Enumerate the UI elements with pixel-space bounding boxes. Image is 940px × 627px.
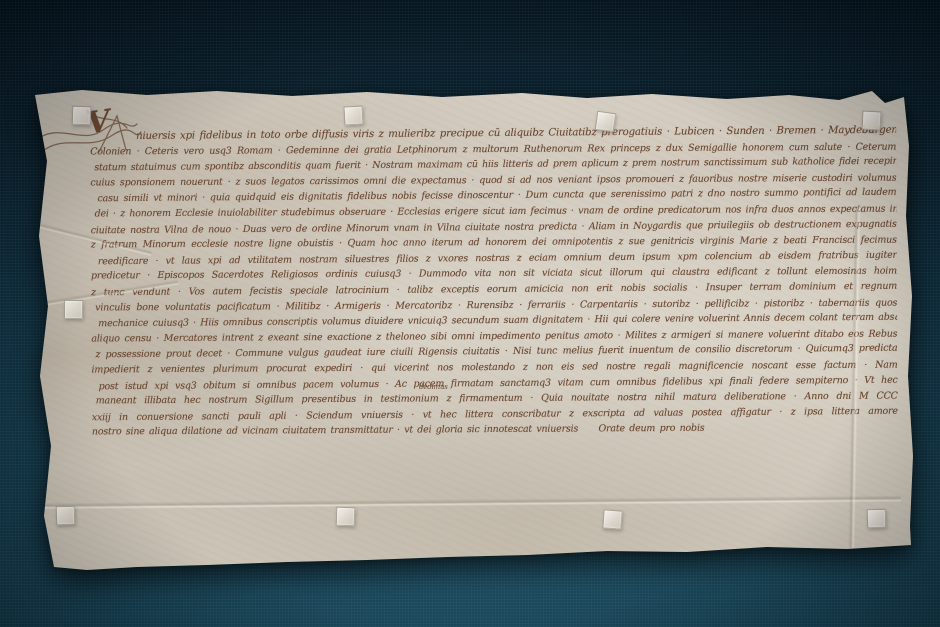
paperweight-square xyxy=(72,106,92,126)
paperweight-square xyxy=(56,506,76,526)
parchment-wrap: V niuersis xpi fidelibus in toto orbe di… xyxy=(27,86,917,574)
photo-of-manuscript: V niuersis xpi fidelibus in toto orbe di… xyxy=(0,0,940,627)
paperweight-square xyxy=(336,507,356,527)
paperweight-square xyxy=(602,509,622,529)
fold-crease-bottom xyxy=(39,495,901,510)
paperweight-square xyxy=(64,300,83,319)
closing-phrase: Orate deum pro nobis xyxy=(598,421,704,437)
interlinear-note: dedimus xyxy=(419,383,448,391)
paperweight-square xyxy=(862,111,882,131)
manuscript-lines: niuersis xpi fidelibus in toto orbe diff… xyxy=(90,124,898,441)
parchment-charter: V niuersis xpi fidelibus in toto orbe di… xyxy=(27,86,917,574)
paperweight-square xyxy=(595,111,616,132)
paperweight-square xyxy=(344,106,364,126)
paperweight-square xyxy=(867,509,887,529)
